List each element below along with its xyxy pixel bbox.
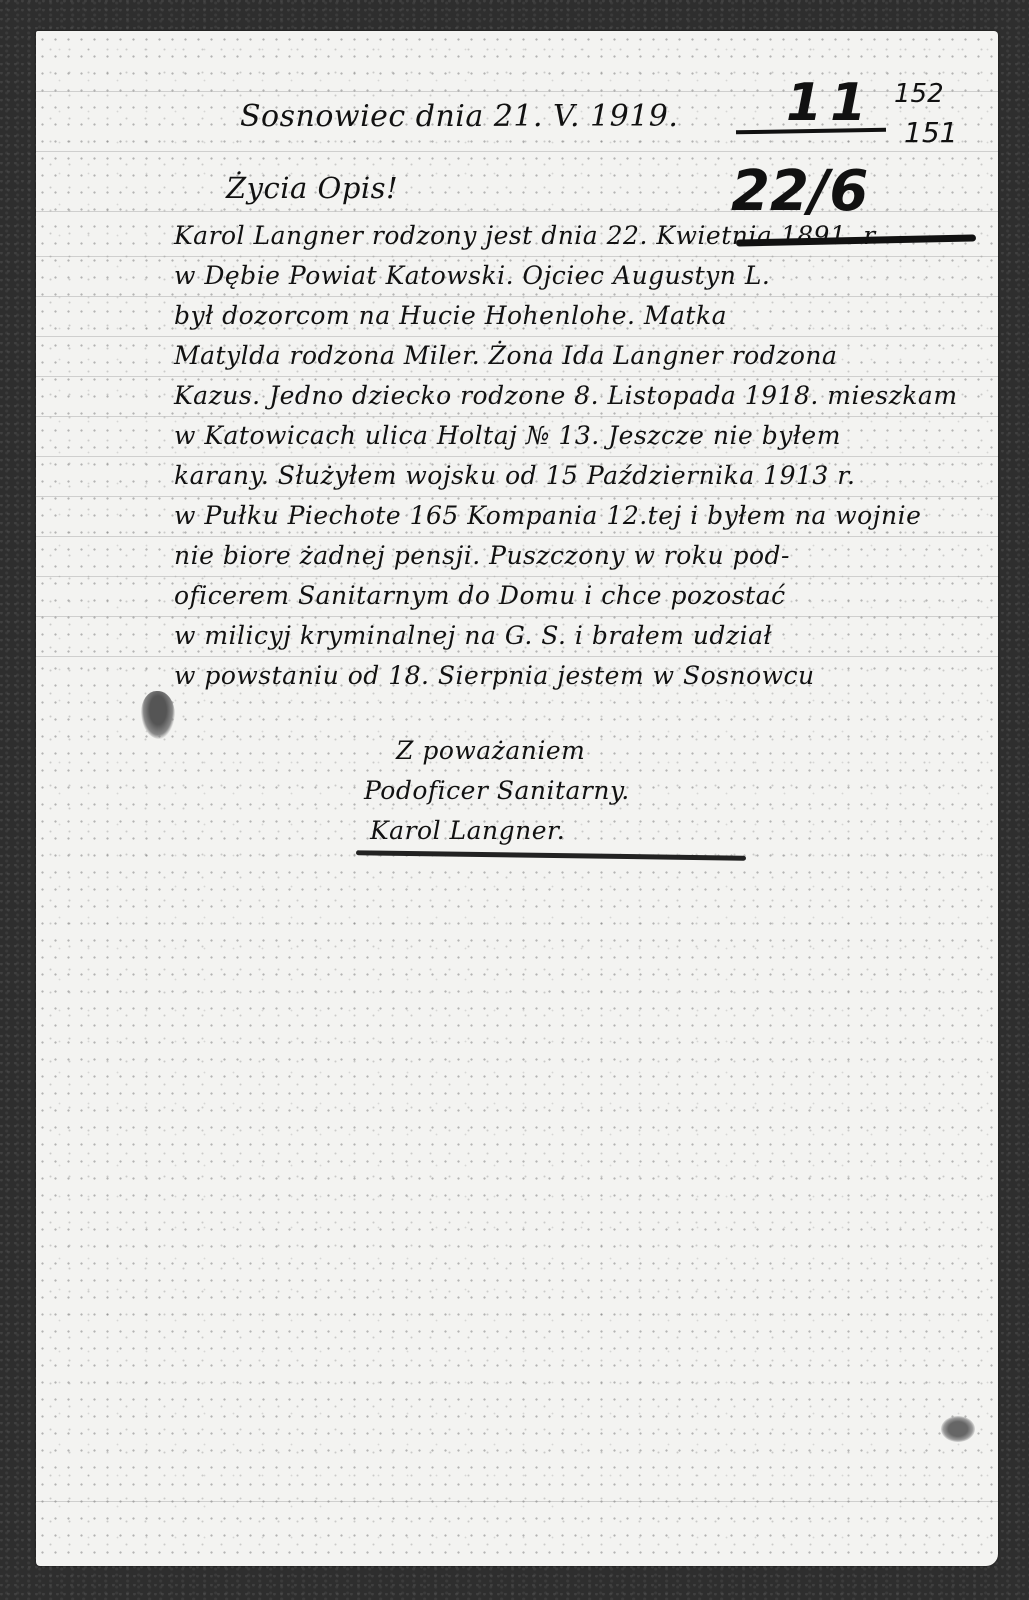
signature: Karol Langner. <box>370 816 565 845</box>
body-line: karany. Służyłem wojsku od 15 Październi… <box>174 461 855 490</box>
reference-divider <box>736 128 886 135</box>
body-line: nie biore żadnej pensji. Puszczony w rok… <box>174 541 790 570</box>
ruled-line <box>36 151 998 152</box>
reference-number-top: 11 <box>786 73 874 133</box>
body-line: Matylda rodzona Miler. Żona Ida Langner … <box>174 341 837 370</box>
ruled-line <box>36 336 998 337</box>
ruled-line <box>36 296 998 297</box>
body-line: oficerem Sanitarnym do Domu i chce pozos… <box>174 581 786 610</box>
body-line: w Pułku Piechote 165 Kompania 12.tej i b… <box>174 501 921 530</box>
ruled-line <box>36 576 998 577</box>
ruled-line <box>36 536 998 537</box>
body-line: Karol Langner rodzony jest dnia 22. Kwie… <box>174 221 876 250</box>
body-line: w milicyj kryminalnej na G. S. i brałem … <box>174 621 772 650</box>
ruled-line <box>36 656 998 657</box>
page-number-bottom: 151 <box>904 116 957 149</box>
ruled-line <box>36 1501 998 1502</box>
signature-underline <box>356 850 746 860</box>
paper-stain <box>941 1416 975 1442</box>
document-title: Życia Opis! <box>226 171 398 205</box>
ruled-line <box>36 416 998 417</box>
body-line: w Katowicach ulica Holtaj № 13. Jeszcze … <box>174 421 841 450</box>
closing-rank: Podoficer Sanitarny. <box>364 776 630 805</box>
body-line: Kazus. Jedno dziecko rodzone 8. Listopad… <box>174 381 958 410</box>
ruled-line <box>36 256 998 257</box>
ink-blot <box>141 691 175 739</box>
ruled-line <box>36 616 998 617</box>
page-number-top: 152 <box>894 79 944 109</box>
body-line: w Dębie Powiat Katowski. Ojciec Augustyn… <box>174 261 770 290</box>
ruled-line <box>36 496 998 497</box>
document-page: Sosnowiec dnia 21. V. 1919. 11 22/6 152 … <box>36 31 998 1566</box>
body-line: w powstaniu od 18. Sierpnia jestem w Sos… <box>174 661 815 690</box>
place-date: Sosnowiec dnia 21. V. 1919. <box>240 99 678 134</box>
ruled-line <box>36 376 998 377</box>
closing-salutation: Z poważaniem <box>396 736 585 765</box>
ruled-line <box>36 456 998 457</box>
reference-number-bottom: 22/6 <box>731 159 868 224</box>
body-line: był dozorcom na Hucie Hohenlohe. Matka <box>174 301 727 330</box>
